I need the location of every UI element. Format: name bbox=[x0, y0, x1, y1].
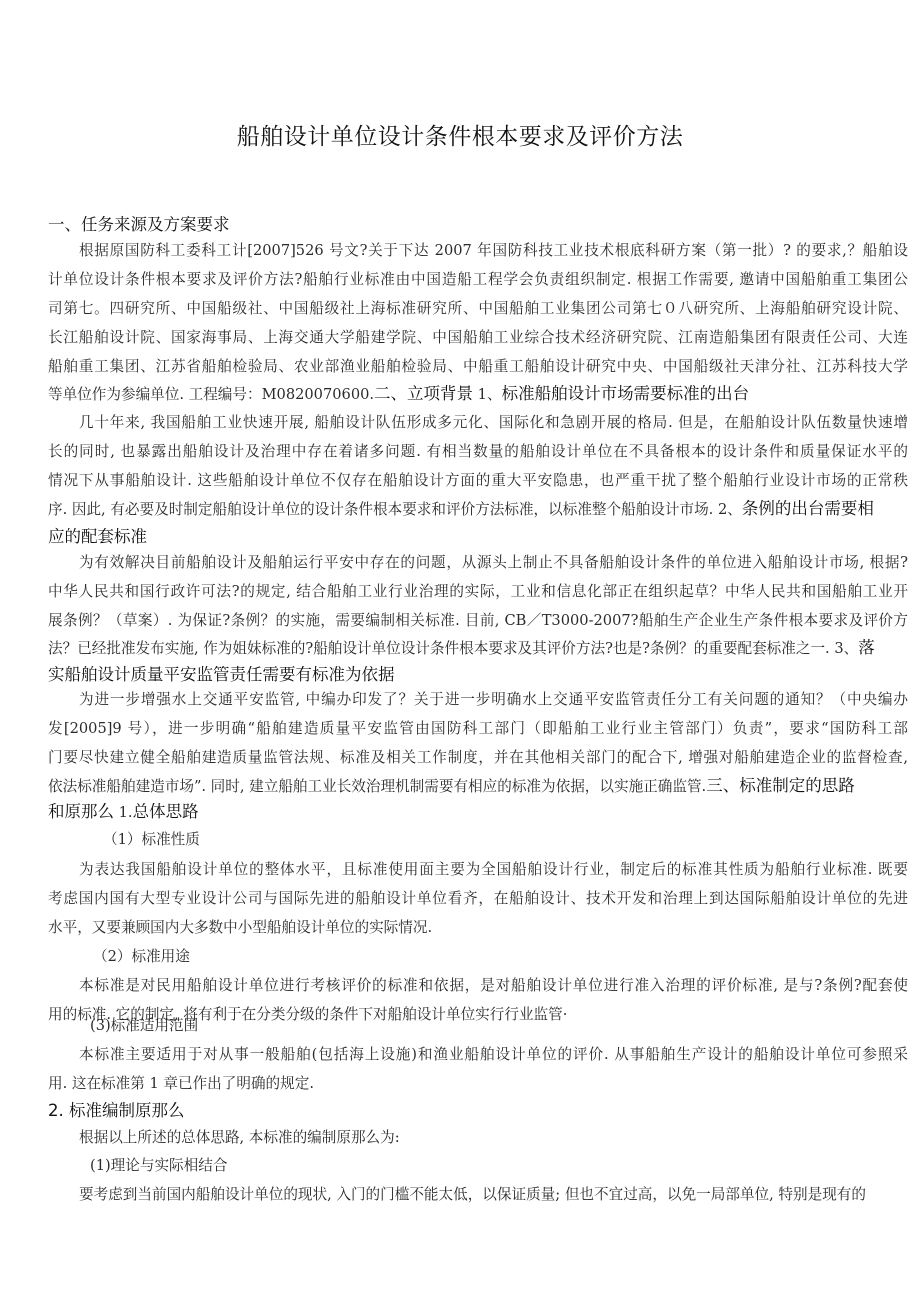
paragraph-line: 本标准是对民用船舶设计单位进行考核评价的标准和依据，是对船舶设计单位进行准入治理… bbox=[79, 976, 908, 996]
paragraph-line: 根据原国防科工委科工计[2007]526 号文?关于下达 2007 年国防科技工… bbox=[79, 241, 908, 261]
paragraph-line: 考虑国内国有大型专业设计公司与国际先进的船舶设计单位看齐，在船舶设计、技术开发和… bbox=[48, 889, 908, 909]
paragraph-line: 几十年来, 我国船舶工业快速开展, 船舶设计队伍形成多元化、国际化和急剧开展的格… bbox=[79, 413, 908, 433]
paragraph-text: 依法标准船舶建造市场”. 同时, 建立船舶工业长效治理机制需要有相应的标准为依据… bbox=[48, 778, 706, 795]
subsection-number: 1. bbox=[114, 804, 133, 821]
paragraph-line: 长江船舶设计院、国家海事局、上海交通大学船建学院、中国船舶工业综合技术经济研究院… bbox=[48, 328, 908, 348]
section-heading-3-text: 和原那么 bbox=[48, 802, 114, 821]
paragraph-text: 法？已经批准发布实施, 作为姐妹标准的?船舶设计单位设计条件根本要求及其评价方法… bbox=[48, 640, 858, 657]
paragraph-line: 门要尽快建立健全船舶建造质量监管法规、标准及相关工作制度，并在其他相关部门的配合… bbox=[48, 748, 908, 768]
subsection-number: 1、 bbox=[473, 386, 502, 403]
subsection-heading-2-3-cont: 实船舶设计质量平安监管责任需要有标准为依据 bbox=[48, 664, 395, 686]
subsection-heading-2-2: 条例的出台需要相 bbox=[742, 499, 874, 518]
subsection-heading-2-1: 标准船舶设计市场需要标准的出台 bbox=[502, 384, 750, 403]
paragraph-line: 等单位作为参编单位. 工程编号：M0820070600.二、立项背景 1、标准船… bbox=[48, 384, 749, 405]
paragraph-line: 根据以上所述的总体思路, 本标准的编制原那么为: bbox=[79, 1128, 400, 1148]
paragraph-line: 司第七。四研究所、中国船级社、中国船级社上海标准研究所、中国船舶工业集团公司第七… bbox=[48, 299, 908, 319]
subsection-heading-3-2: 2. 标准编制原那么 bbox=[48, 1100, 185, 1122]
paragraph-line: 本标准主要适用于对从事一般船舶(包括海上设施)和渔业船舶设计单位的评价. 从事船… bbox=[79, 1045, 908, 1065]
paragraph-line: 计单位设计条件根本要求及评价方法?船舶行业标准由中国造船工程学会负责组织制定. … bbox=[48, 270, 908, 290]
paragraph-line: 为进一步增强水上交通平安监管, 中编办印发了？关于进一步明确水上交通平安监管责任… bbox=[79, 690, 908, 710]
item-heading-4: (1)理论与实际相结合 bbox=[90, 1156, 227, 1176]
section-heading-2: 二、立项背景 bbox=[374, 384, 473, 403]
item-heading-3: (3)标准适用范围 bbox=[90, 1016, 198, 1036]
section-heading-1: 一、任务来源及方案要求 bbox=[48, 214, 230, 236]
document-title: 船舶设计单位设计条件根本要求及评价方法 bbox=[0, 118, 920, 151]
item-heading-1: （1）标准性质 bbox=[103, 830, 200, 850]
paragraph-line: 长的同时, 也暴露出船舶设计及治理中存在着诸多问题. 有相当数量的船舶设计单位在… bbox=[48, 442, 908, 462]
paragraph-line: 用. 这在标准第 1 章已作出了明确的规定. bbox=[48, 1074, 314, 1094]
paragraph-line: 发[2005]9 号），进一步明确“船舶建造质量平安监管由国防科工部门（即船舶工… bbox=[48, 719, 908, 739]
paragraph-line: 中华人民共和国行政许可法?的规定, 结合船舶工业行业治理的实际，工业和信息化部正… bbox=[48, 582, 908, 602]
document-page: 船舶设计单位设计条件根本要求及评价方法 一、任务来源及方案要求 根据原国防科工委… bbox=[0, 0, 920, 1301]
item-heading-2: （2）标准用途 bbox=[93, 947, 190, 967]
section-heading-3-cont: 和原那么 1.总体思路 bbox=[48, 802, 199, 823]
paragraph-line: 为表达我国船舶设计单位的整体水平，且标准使用面主要为全国船舶设计行业，制定后的标… bbox=[79, 860, 908, 880]
paragraph-line: 要考虑到当前国内船舶设计单位的现状, 入门的门槛不能太低，以保证质量; 但也不宜… bbox=[79, 1185, 908, 1205]
subsection-heading-2-3: 落 bbox=[858, 638, 875, 657]
subsection-heading-2-2-cont: 应的配套标准 bbox=[48, 526, 147, 548]
paragraph-line: 序. 因此, 有必要及时制定船舶设计单位的设计条件根本要求和评价方法标准，以标准… bbox=[48, 499, 874, 520]
project-number-text: 等单位作为参编单位. 工程编号：M0820070600. bbox=[48, 386, 374, 403]
paragraph-line: 依法标准船舶建造市场”. 同时, 建立船舶工业长效治理机制需要有相应的标准为依据… bbox=[48, 776, 855, 797]
paragraph-line: 为有效解决目前船舶设计及船舶运行平安中存在的问题，从源头上制止不具备船舶设计条件… bbox=[79, 553, 908, 573]
paragraph-line: 法？已经批准发布实施, 作为姐妹标准的?船舶设计单位设计条件根本要求及其评价方法… bbox=[48, 638, 875, 659]
paragraph-line: 水平，又要兼顾国内大多数中小型船舶设计单位的实际情况. bbox=[48, 918, 432, 938]
paragraph-line: 展条例？（草案）. 为保证?条例？的实施，需要编制相关标准. 目前, CB／T3… bbox=[48, 611, 908, 631]
paragraph-line: 船舶重工集团、江苏省船舶检验局、农业部渔业船舶检验局、中船重工船舶设计研究中央、… bbox=[48, 357, 908, 377]
paragraph-text: 序. 因此, 有必要及时制定船舶设计单位的设计条件根本要求和评价方法标准，以标准… bbox=[48, 501, 742, 518]
paragraph-line: 情况下从事船舶设计. 这些船舶设计单位不仅存在船舶设计方面的重大平安隐患，也严重… bbox=[48, 471, 908, 491]
subsection-heading-3-1: 总体思路 bbox=[133, 802, 199, 821]
section-heading-3: 三、标准制定的思路 bbox=[706, 776, 855, 795]
